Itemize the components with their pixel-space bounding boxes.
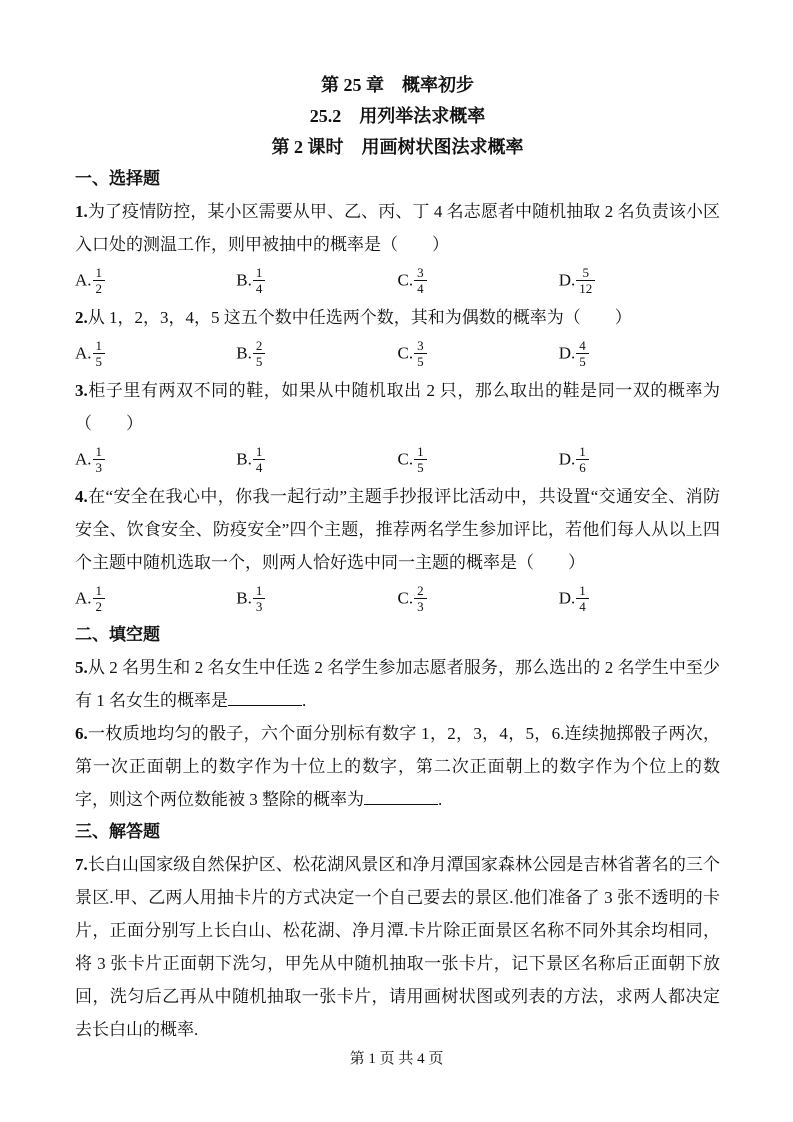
lesson-title: 第 2 课时 用画树状图法求概率 (75, 132, 720, 163)
choice-c: C.35 (398, 339, 559, 370)
fraction-denominator: 5 (414, 460, 427, 475)
choice-a: A.15 (75, 339, 236, 370)
question-7: 7.长白山国家级自然保护区、松花湖风景区和净月潭国家森林公园是吉林省著名的三个景… (75, 848, 720, 1046)
fraction-numerator: 1 (253, 265, 266, 281)
fraction-denominator: 4 (253, 460, 266, 475)
question-5: 5.从 2 名男生和 2 名女生中任选 2 名学生参加志愿者服务，那么选出的 2… (75, 651, 720, 717)
page-footer: 第 1 页 共 4 页 (0, 1047, 793, 1068)
choice-label: A. (75, 343, 92, 362)
fraction-denominator: 5 (253, 354, 266, 369)
choice-label: D. (559, 449, 576, 468)
question-2-text: 从 1，2，3，4，5 这五个数中任选两个数，其和为偶数的概率为（ ） (88, 308, 632, 327)
fraction: 45 (576, 338, 589, 369)
choice-label: D. (559, 343, 576, 362)
question-1-number: 1. (75, 202, 88, 221)
question-4-number: 4. (75, 487, 88, 506)
worksheet-page: 第 25 章 概率初步 25.2 用列举法求概率 第 2 课时 用画树状图法求概… (0, 0, 793, 1122)
fraction: 16 (576, 444, 589, 475)
fraction: 34 (414, 265, 427, 296)
choice-d: D.45 (559, 339, 720, 370)
fraction: 23 (414, 583, 427, 614)
chapter-title: 第 25 章 概率初步 (75, 70, 720, 101)
question-6-number: 6. (75, 724, 88, 743)
question-7-text: 长白山国家级自然保护区、松花湖风景区和净月潭国家森林公园是吉林省著名的三个景区.… (75, 855, 720, 1039)
section-header-solution: 三、解答题 (75, 816, 720, 848)
question-4: 4.在“安全在我心中，你我一起行动”主题手抄报评比活动中，共设置“交通安全、消防… (75, 480, 720, 579)
fraction-numerator: 1 (253, 583, 266, 599)
choice-label: C. (398, 449, 414, 468)
choice-b: B.14 (236, 266, 397, 297)
fraction-numerator: 4 (576, 338, 589, 354)
fraction: 12 (93, 265, 106, 296)
choice-d: D.14 (559, 584, 720, 615)
fraction-numerator: 1 (93, 444, 106, 460)
choice-a: A.12 (75, 584, 236, 615)
fraction-denominator: 5 (93, 354, 106, 369)
choice-b: B.14 (236, 445, 397, 476)
fraction-numerator: 3 (414, 338, 427, 354)
choice-label: D. (559, 270, 576, 289)
choice-label: B. (236, 449, 252, 468)
question-3-number: 3. (75, 381, 88, 400)
fraction: 14 (253, 444, 266, 475)
fraction-numerator: 1 (576, 444, 589, 460)
choice-d: D.512 (559, 266, 720, 297)
fraction-denominator: 4 (414, 281, 427, 296)
fraction-numerator: 3 (414, 265, 427, 281)
choice-label: A. (75, 270, 92, 289)
question-5-text: 从 2 名男生和 2 名女生中任选 2 名学生参加志愿者服务，那么选出的 2 名… (75, 658, 720, 710)
fraction-numerator: 1 (93, 265, 106, 281)
fraction-denominator: 3 (414, 599, 427, 614)
fraction-denominator: 2 (93, 599, 106, 614)
choice-a: A.12 (75, 266, 236, 297)
section-header-fill-in: 二、填空题 (75, 619, 720, 651)
fraction: 35 (414, 338, 427, 369)
fraction: 512 (576, 265, 595, 296)
choice-b: B.13 (236, 584, 397, 615)
question-3: 3.柜子里有两双不同的鞋，如果从中随机取出 2 只，那么取出的鞋是同一双的概率为… (75, 374, 720, 440)
choice-label: B. (236, 270, 252, 289)
choice-b: B.25 (236, 339, 397, 370)
section-header-multiple-choice: 一、选择题 (75, 163, 720, 195)
fraction-numerator: 1 (576, 583, 589, 599)
question-5-suffix: . (302, 691, 306, 710)
fraction-numerator: 1 (253, 444, 266, 460)
choice-label: C. (398, 343, 414, 362)
choice-c: C.23 (398, 584, 559, 615)
fraction-numerator: 2 (253, 338, 266, 354)
choice-c: C.15 (398, 445, 559, 476)
fraction: 15 (93, 338, 106, 369)
fraction: 15 (414, 444, 427, 475)
choice-label: A. (75, 588, 92, 607)
question-1-text: 为了疫情防控，某小区需要从甲、乙、丙、丁 4 名志愿者中随机抽取 2 名负责该小… (75, 202, 720, 254)
answer-blank (364, 789, 438, 805)
question-4-text: 在“安全在我心中，你我一起行动”主题手抄报评比活动中，共设置“交通安全、消防安全… (75, 487, 720, 572)
fraction-denominator: 4 (253, 281, 266, 296)
question-6: 6.一枚质地均匀的骰子，六个面分别标有数字 1，2，3，4，5，6.连续抛掷骰子… (75, 717, 720, 816)
answer-blank (228, 690, 302, 706)
fraction: 13 (93, 444, 106, 475)
fraction: 14 (576, 583, 589, 614)
question-5-number: 5. (75, 658, 88, 677)
question-3-choices: A.13 B.14 C.15 D.16 (75, 440, 720, 480)
fraction-denominator: 2 (93, 281, 106, 296)
choice-label: A. (75, 449, 92, 468)
choice-label: B. (236, 588, 252, 607)
fraction-numerator: 2 (414, 583, 427, 599)
question-2-choices: A.15 B.25 C.35 D.45 (75, 334, 720, 374)
fraction: 14 (253, 265, 266, 296)
fraction-denominator: 6 (576, 460, 589, 475)
question-6-suffix: . (438, 790, 442, 809)
fraction-numerator: 1 (93, 338, 106, 354)
fraction: 13 (253, 583, 266, 614)
question-3-text: 柜子里有两双不同的鞋，如果从中随机取出 2 只，那么取出的鞋是同一双的概率为（ … (75, 381, 720, 433)
question-4-choices: A.12 B.13 C.23 D.14 (75, 579, 720, 619)
question-1: 1.为了疫情防控，某小区需要从甲、乙、丙、丁 4 名志愿者中随机抽取 2 名负责… (75, 195, 720, 261)
fraction-numerator: 1 (93, 583, 106, 599)
fraction-numerator: 1 (414, 444, 427, 460)
question-2: 2.从 1，2，3，4，5 这五个数中任选两个数，其和为偶数的概率为（ ） (75, 301, 720, 334)
fraction-denominator: 5 (414, 354, 427, 369)
fraction-denominator: 3 (93, 460, 106, 475)
choice-label: C. (398, 270, 414, 289)
question-1-choices: A.12 B.14 C.34 D.512 (75, 261, 720, 301)
fraction-denominator: 12 (576, 281, 595, 296)
fraction: 25 (253, 338, 266, 369)
fraction-denominator: 3 (253, 599, 266, 614)
fraction-numerator: 5 (576, 265, 595, 281)
choice-label: C. (398, 588, 414, 607)
choice-c: C.34 (398, 266, 559, 297)
fraction-denominator: 4 (576, 599, 589, 614)
fraction-denominator: 5 (576, 354, 589, 369)
choice-d: D.16 (559, 445, 720, 476)
choice-label: D. (559, 588, 576, 607)
fraction: 12 (93, 583, 106, 614)
question-7-number: 7. (75, 855, 88, 874)
unit-title: 25.2 用列举法求概率 (75, 101, 720, 132)
choice-a: A.13 (75, 445, 236, 476)
question-2-number: 2. (75, 308, 88, 327)
choice-label: B. (236, 343, 252, 362)
page-content: 第 25 章 概率初步 25.2 用列举法求概率 第 2 课时 用画树状图法求概… (0, 0, 793, 1046)
